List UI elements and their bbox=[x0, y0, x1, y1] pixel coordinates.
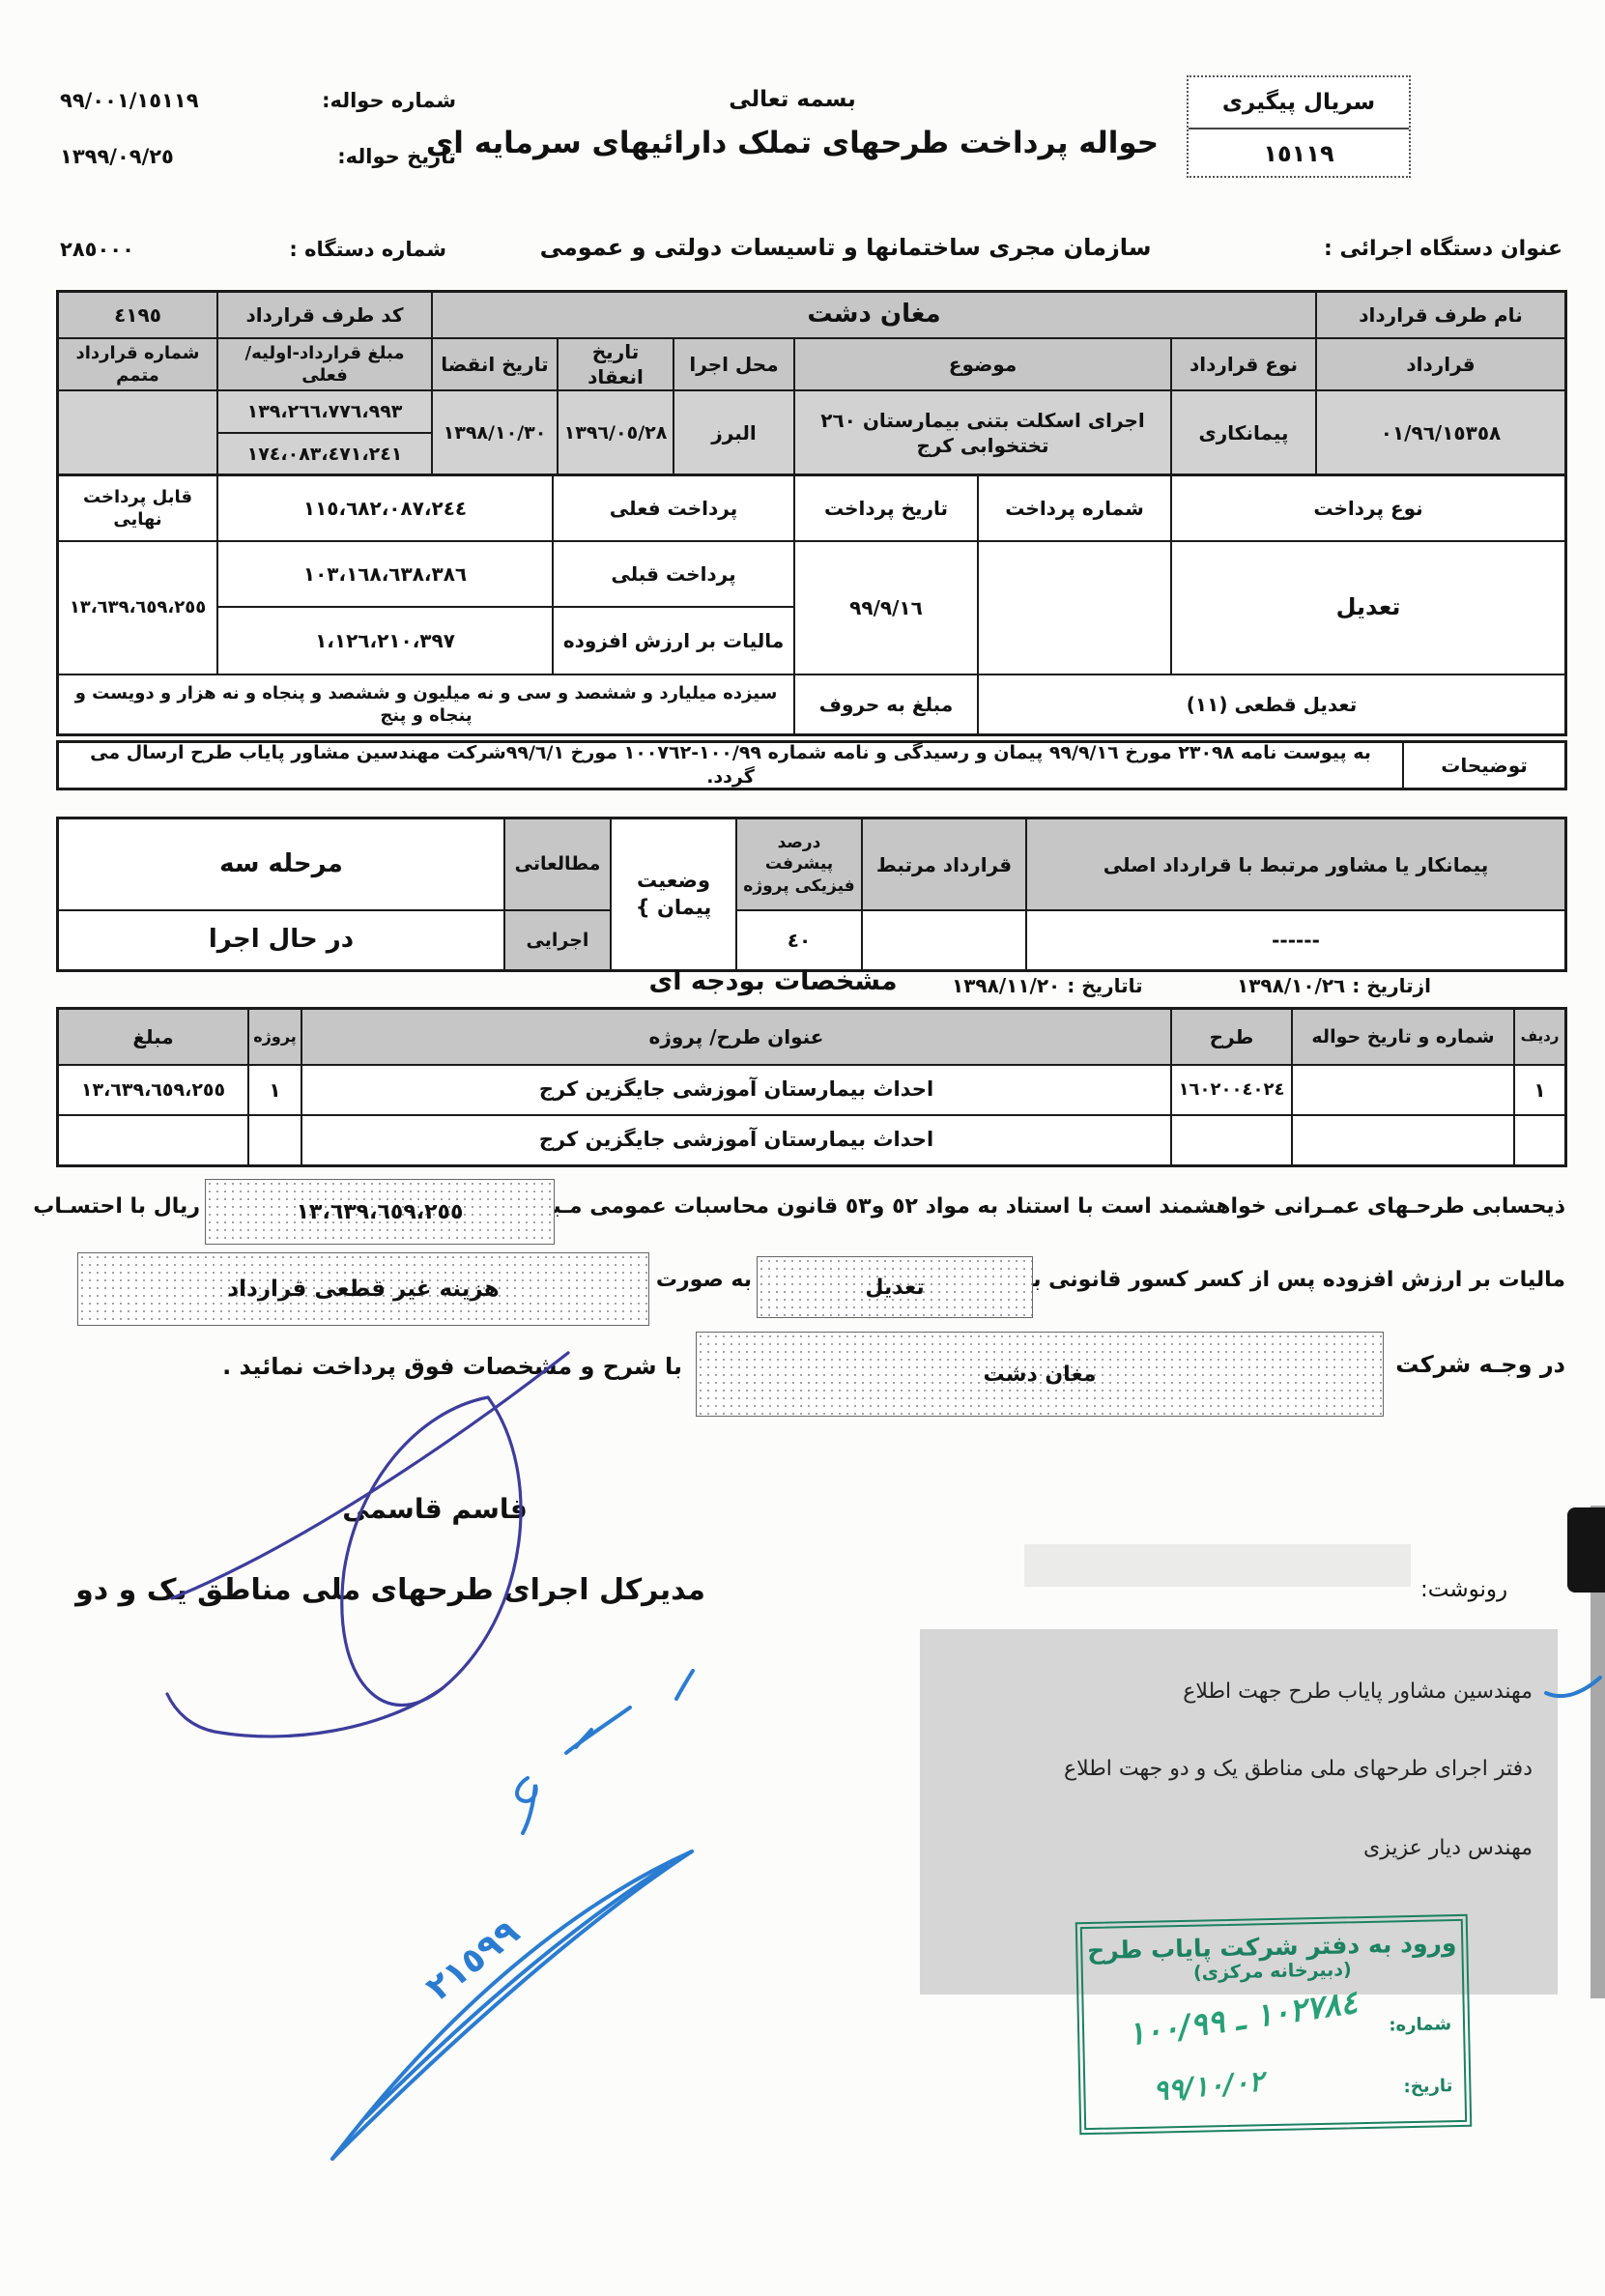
final-payable-label: قابل پرداخت نهایی bbox=[58, 475, 217, 541]
copies-label: رونوشت: bbox=[1420, 1577, 1507, 1602]
related-party-value: ------ bbox=[1026, 910, 1565, 970]
contract-state-cell: وضعیت پیمان { bbox=[611, 818, 736, 970]
page-title: حواله پرداخت طرحهای تملک دارائیهای سرمای… bbox=[377, 126, 1208, 160]
final-adjustment-label: تعدیل قطعی (١١) bbox=[978, 674, 1565, 734]
contract-sign-date: ١٣٩٦/٠٥/٢٨ bbox=[558, 390, 674, 475]
stamp-date-value: ٩٩/١٠/٠٢ bbox=[1152, 2064, 1265, 2107]
invoice-date-row: تاریخ حواله: ١٣٩٩/٠٩/٢٥ bbox=[60, 145, 456, 168]
copy-item-consultant: مهندسین مشاور پایاب طرح جهت اطلاع bbox=[1183, 1679, 1533, 1704]
col-payment-date: تاریخ پرداخت bbox=[794, 475, 978, 541]
party-name-label: نام طرف قرارداد bbox=[1316, 292, 1565, 338]
notes-value: به پیوست نامه ٢٣٠٩٨ مورخ ٩٩/٩/١٦ پیمان و… bbox=[58, 742, 1403, 789]
budget-amount: ١٣،٦٣٩،٦٥٩،٢٥٥ bbox=[58, 1065, 248, 1115]
status-table: پیمانکار یا مشاور مرتبط با قرارداد اصلی … bbox=[56, 817, 1567, 972]
agency-label: عنوان دستگاه اجرائی : bbox=[1203, 237, 1562, 261]
budget-project-number: ١ bbox=[248, 1065, 301, 1115]
stamp-date-label: تاریخ: bbox=[1403, 2076, 1452, 2097]
instruction-line1-text: ذیحسابی طرحـهای عمـرانی خواهشمند است با … bbox=[560, 1194, 1565, 1219]
party-code-value: ٤١٩٥ bbox=[58, 292, 217, 338]
col-physical-progress: درصد پیشرفت فیزیکی پروژه bbox=[736, 818, 862, 910]
payee-company-box: مغان دشت bbox=[696, 1332, 1384, 1417]
tracking-serial-box: سریال پیگیری ١٥١١٩ bbox=[1187, 75, 1411, 178]
period-to: تاتاریخ : ١٣٩٨/١١/٢٠ bbox=[952, 974, 1143, 997]
signature-strokes bbox=[167, 1353, 568, 1736]
instruction-line2-text: مالیات بر ارزش افزوده پس از کسر کسور قان… bbox=[1048, 1268, 1565, 1292]
expense-kind-box: هزینه غیر قطعی قرارداد bbox=[77, 1252, 649, 1326]
budget-plan-code: ١٦٠٢٠٠٤٠٢٤ bbox=[1171, 1065, 1292, 1115]
budget-r3c3-empty bbox=[1171, 1115, 1292, 1165]
invoice-date-label: تاریخ حواله: bbox=[337, 145, 456, 168]
contract-expiry-date: ١٣٩٨/١٠/٣٠ bbox=[432, 390, 558, 475]
instruction-line1-tail: ریال با احتسـاب bbox=[41, 1194, 200, 1219]
contract-table: نام طرف قرارداد مغان دشت کد طرف قرارداد … bbox=[56, 290, 1567, 477]
notes-label: توضیحات bbox=[1403, 742, 1565, 789]
party-name-value: مغان دشت bbox=[432, 292, 1316, 338]
stage-value: مرحله سه bbox=[58, 818, 504, 910]
instruction-line2-mid: به صورت bbox=[667, 1268, 752, 1292]
period-from: ازتاریخ : ١٣٩٨/١٠/٢٦ bbox=[1237, 974, 1431, 997]
previous-payment-value: ١٠٣،١٦٨،٦٣٨،٣٨٦ bbox=[217, 541, 553, 607]
amount-in-words-value: سیزده میلیارد و ششصد و سی و نه میلیون و … bbox=[58, 674, 794, 734]
col-supplement: شماره قرارداد متمم bbox=[58, 338, 217, 390]
budget-row-number: ١ bbox=[1514, 1065, 1565, 1115]
col-expiry-date: تاریخ انقضا bbox=[432, 338, 558, 390]
payment-type-value: تعدیل bbox=[1171, 541, 1565, 674]
budget-title-1: احداث بیمارستان آموزشی جایگزین کرج bbox=[301, 1065, 1171, 1115]
contract-amount-current: ١٧٤،٠٨٣،٤٧١،٢٤١ bbox=[218, 432, 431, 474]
col-plan-title: عنوان طرح/ پروژه bbox=[301, 1009, 1171, 1065]
budget-r3c6-empty bbox=[58, 1115, 248, 1165]
vat-value: ١،١٢٦،٢١٠،٣٩٧ bbox=[217, 607, 553, 674]
col-amount-budget: مبلغ bbox=[58, 1009, 248, 1065]
payment-table: نوع پرداخت شماره پرداخت تاریخ پرداخت پرد… bbox=[56, 474, 1567, 736]
notes-row: توضیحات به پیوست نامه ٢٣٠٩٨ مورخ ٩٩/٩/١٦… bbox=[56, 740, 1567, 790]
party-code-label: کد طرف قرارداد bbox=[217, 292, 432, 338]
budget-title-2: احداث بیمارستان آموزشی جایگزین کرج bbox=[301, 1115, 1171, 1165]
instruction-line3-lead: در وجـه شرکت bbox=[1399, 1351, 1565, 1378]
contract-state-word2: پیمان { bbox=[636, 895, 712, 921]
state-execution-label: اجرایی bbox=[504, 910, 611, 970]
budget-invoice-empty bbox=[1292, 1065, 1514, 1115]
col-payment-type: نوع پرداخت bbox=[1171, 475, 1565, 541]
col-contract-type: نوع قرارداد bbox=[1171, 338, 1316, 390]
payment-date-value: ٩٩/٩/١٦ bbox=[794, 541, 978, 674]
device-number-label: شماره دستگاه : bbox=[289, 238, 446, 261]
bismillah: بسمه تعالی bbox=[667, 87, 918, 112]
col-location: محل اجرا bbox=[674, 338, 794, 390]
col-subject: موضوع bbox=[794, 338, 1171, 390]
copy-item-engineer: مهندس دیار عزیزی bbox=[1363, 1836, 1533, 1860]
col-project: پروژه bbox=[248, 1009, 301, 1065]
tracking-serial-value: ١٥١١٩ bbox=[1189, 129, 1409, 178]
previous-payment-label: پرداخت قبلی bbox=[553, 541, 794, 607]
budget-r3c2-empty bbox=[1292, 1115, 1514, 1165]
invoice-number-value: ٩٩/٠٠١/١٥١١٩ bbox=[60, 89, 199, 112]
related-contract-empty bbox=[862, 910, 1026, 970]
current-payment-value: ١١٥،٦٨٢،٠٨٧،٢٤٤ bbox=[217, 475, 553, 541]
invoice-number-label: شماره حواله: bbox=[322, 89, 456, 112]
col-contract: قرارداد bbox=[1316, 338, 1565, 390]
state-study-label: مطالعاتی bbox=[504, 818, 611, 910]
col-plan: طرح bbox=[1171, 1009, 1292, 1065]
signatory-title: مدیرکل اجرای طرحهای ملی مناطق یک و دو bbox=[145, 1573, 705, 1607]
budget-r3c1-empty bbox=[1514, 1115, 1565, 1165]
agency-name: سازمان مجری ساختمانها و تاسیسات دولتی و … bbox=[512, 234, 1179, 261]
entry-stamp: ورود به دفتر شرکت پایاب طرح (دبیرخانه مر… bbox=[1075, 1914, 1473, 2135]
current-payment-label: پرداخت فعلی bbox=[553, 475, 794, 541]
col-amount: مبلغ قرارداد-اولیه/فعلی bbox=[217, 338, 432, 390]
instruction-amount-box: ١٣،٦٣٩،٦٥٩،٢٥٥ bbox=[205, 1179, 555, 1245]
col-invoice-no-date: شماره و تاریخ حواله bbox=[1292, 1009, 1514, 1065]
budget-r3c5-empty bbox=[248, 1115, 301, 1165]
contract-state-word: وضعیت bbox=[637, 868, 710, 894]
col-sign-date: تاریخ انعقاد bbox=[558, 338, 674, 390]
contract-number: ٠١/٩٦/١٥٣٥٨ bbox=[1316, 390, 1565, 475]
contract-amounts: ١٣٩،٢٦٦،٧٧٦،٩٩٣ ١٧٤،٠٨٣،٤٧١،٢٤١ bbox=[217, 390, 432, 475]
invoice-number-row: شماره حواله: ٩٩/٠٠١/١٥١١٩ bbox=[60, 89, 456, 112]
col-payment-number: شماره پرداخت bbox=[978, 475, 1171, 541]
stamp-number-value: ١٠٢٧٨٤ ـ ١٠٠/٩٩ bbox=[1087, 1977, 1398, 2058]
payment-number-empty bbox=[978, 541, 1171, 674]
budget-section-heading: مشخصات بودجه ای bbox=[618, 966, 928, 996]
stage-status-value: در حال اجرا bbox=[58, 910, 504, 970]
invoice-date-value: ١٣٩٩/٠٩/٢٥ bbox=[60, 145, 174, 168]
handwritten-ref-number: ٢١٥٩٩ bbox=[419, 1912, 528, 2009]
contract-location: البرز bbox=[674, 390, 794, 475]
col-row-number: ردیف bbox=[1514, 1009, 1565, 1065]
scan-smudge bbox=[1024, 1544, 1411, 1587]
copy-item-office: دفتر اجرای طرحهای ملی مناطق یک و دو جهت … bbox=[1064, 1757, 1533, 1781]
supplement-number-empty bbox=[58, 390, 217, 475]
col-related-contract: قرارداد مرتبط bbox=[862, 818, 1026, 910]
contract-subject: اجرای اسکلت بتنی بیمارستان ٢٦٠ تختخوابی … bbox=[794, 390, 1171, 475]
amount-in-words-label: مبلغ به حروف bbox=[794, 674, 978, 734]
col-related-party: پیمانکار یا مشاور مرتبط با قرارداد اصلی bbox=[1026, 818, 1565, 910]
final-payable-value: ١٣،٦٣٩،٦٥٩،٢٥٥ bbox=[58, 541, 217, 674]
signatory-name: قاسم قاسمی bbox=[309, 1493, 560, 1525]
scan-blob-artifact bbox=[1567, 1507, 1605, 1593]
contract-type: پیمانکاری bbox=[1171, 390, 1316, 475]
state-brace: { bbox=[636, 896, 650, 919]
progress-value: ٤٠ bbox=[736, 910, 862, 970]
budget-table: ردیف شماره و تاریخ حواله طرح عنوان طرح/ … bbox=[56, 1007, 1567, 1167]
stamp-number-label: شماره: bbox=[1389, 2014, 1451, 2035]
contract-amount-initial: ١٣٩،٢٦٦،٧٧٦،٩٩٣ bbox=[218, 391, 431, 432]
device-number-value: ٢٨٥٠٠٠ bbox=[60, 238, 134, 261]
vat-label: مالیات بر ارزش افزوده bbox=[553, 607, 794, 674]
tracking-serial-label: سریال پیگیری bbox=[1189, 77, 1409, 129]
instruction-line3-tail: با شرح و مشخصات فوق پرداخت نمائید . bbox=[220, 1353, 682, 1380]
device-number-row: شماره دستگاه : ٢٨٥٠٠٠ bbox=[60, 238, 446, 261]
scanned-payment-order-document: سریال پیگیری ١٥١١٩ بسمه تعالی حواله پردا… bbox=[0, 0, 1605, 2296]
payment-kind-box: تعدیل bbox=[757, 1256, 1033, 1318]
